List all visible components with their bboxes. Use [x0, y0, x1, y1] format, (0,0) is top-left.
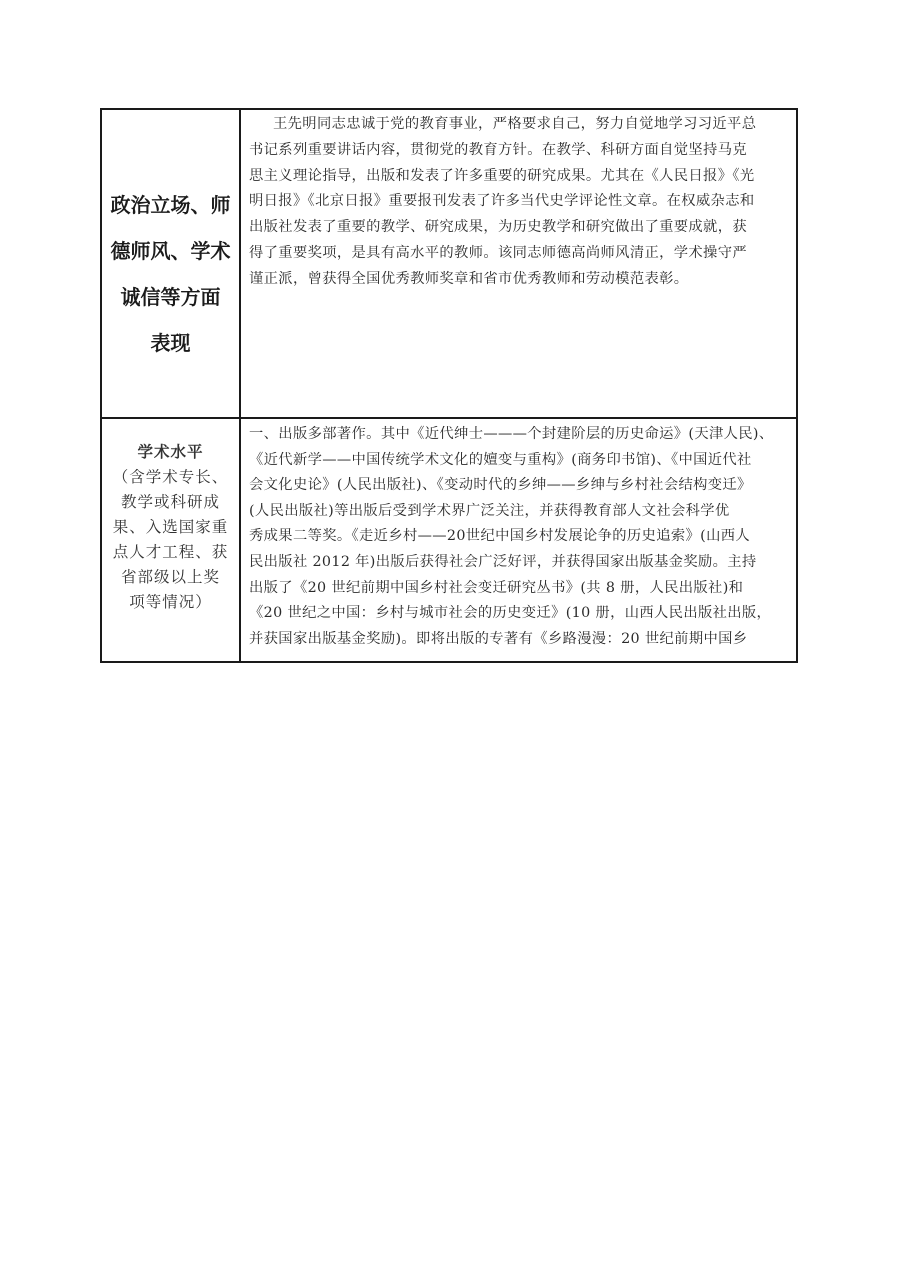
content-line: 书记系列重要讲话内容，贯彻党的教育方针。在教学、科研方面自觉坚持马克: [249, 138, 794, 164]
label-line: 项等情况）: [102, 590, 239, 615]
content-line: 《20 世纪之中国：乡村与城市社会的历史变迁》(10 册，山西人民出版社出版，: [249, 601, 794, 627]
row-content-political-stance: 王先明同志忠诚于党的教育事业，严格要求自己，努力自觉地学习习近平总 书记系列重要…: [249, 112, 794, 293]
content-line: 民出版社 2012 年)出版后获得社会广泛好评，并获得国家出版基金奖励。主持: [249, 550, 794, 576]
evaluation-table: 政治立场、师 德师风、学术 诚信等方面 表现 王先明同志忠诚于党的教育事业，严格…: [100, 108, 798, 663]
content-line: 会文化史论》(人民出版社)、《变动时代的乡绅——乡绅与乡村社会结构变迁》: [249, 473, 794, 499]
label-line: 政治立场、师: [102, 182, 239, 228]
label-title: 学术水平: [102, 440, 239, 465]
label-line: 德师风、学术: [102, 228, 239, 274]
label-line: 果、入选国家重: [102, 515, 239, 540]
label-line: 诚信等方面: [102, 274, 239, 320]
row-content-academic-level: 一、出版多部著作。其中《近代绅士———个封建阶层的历史命运》(天津人民)、 《近…: [249, 422, 794, 652]
document-page: 政治立场、师 德师风、学术 诚信等方面 表现 王先明同志忠诚于党的教育事业，严格…: [0, 0, 899, 1272]
label-line: 省部级以上奖: [102, 565, 239, 590]
content-line: 得了重要奖项，是具有高水平的教师。该同志师德高尚师风清正，学术操守严: [249, 241, 794, 267]
column-divider: [239, 110, 241, 661]
label-line: 点人才工程、获: [102, 540, 239, 565]
label-line: （含学术专长、: [102, 465, 239, 490]
label-line: 表现: [102, 320, 239, 366]
row-label-political-stance: 政治立场、师 德师风、学术 诚信等方面 表现: [102, 182, 239, 366]
content-line: 谨正派，曾获得全国优秀教师奖章和省市优秀教师和劳动模范表彰。: [249, 267, 794, 293]
content-line: (人民出版社)等出版后受到学术界广泛关注，并获得教育部人文社会科学优: [249, 499, 794, 525]
content-line: 《近代新学——中国传统学术文化的嬗变与重构》(商务印书馆)、《中国近代社: [249, 448, 794, 474]
content-line: 出版了《20 世纪前期中国乡村社会变迁研究丛书》(共 8 册，人民出版社)和: [249, 576, 794, 602]
row-label-academic-level: 学术水平 （含学术专长、 教学或科研成 果、入选国家重 点人才工程、获 省部级以…: [102, 440, 239, 615]
content-line: 王先明同志忠诚于党的教育事业，严格要求自己，努力自觉地学习习近平总: [249, 112, 794, 138]
row-divider: [102, 417, 796, 419]
content-line: 出版社发表了重要的教学、研究成果，为历史教学和研究做出了重要成就，获: [249, 215, 794, 241]
content-line: 明日报》《北京日报》重要报刊发表了许多当代史学评论性文章。在权威杂志和: [249, 189, 794, 215]
content-line: 并获国家出版基金奖励)。即将出版的专著有《乡路漫漫：20 世纪前期中国乡: [249, 627, 794, 653]
content-line: 一、出版多部著作。其中《近代绅士———个封建阶层的历史命运》(天津人民)、: [249, 422, 794, 448]
content-line: 思主义理论指导，出版和发表了许多重要的研究成果。尤其在《人民日报》《光: [249, 164, 794, 190]
label-line: 教学或科研成: [102, 490, 239, 515]
content-line: 秀成果二等奖。《走近乡村——20世纪中国乡村发展论争的历史追索》(山西人: [249, 524, 794, 550]
